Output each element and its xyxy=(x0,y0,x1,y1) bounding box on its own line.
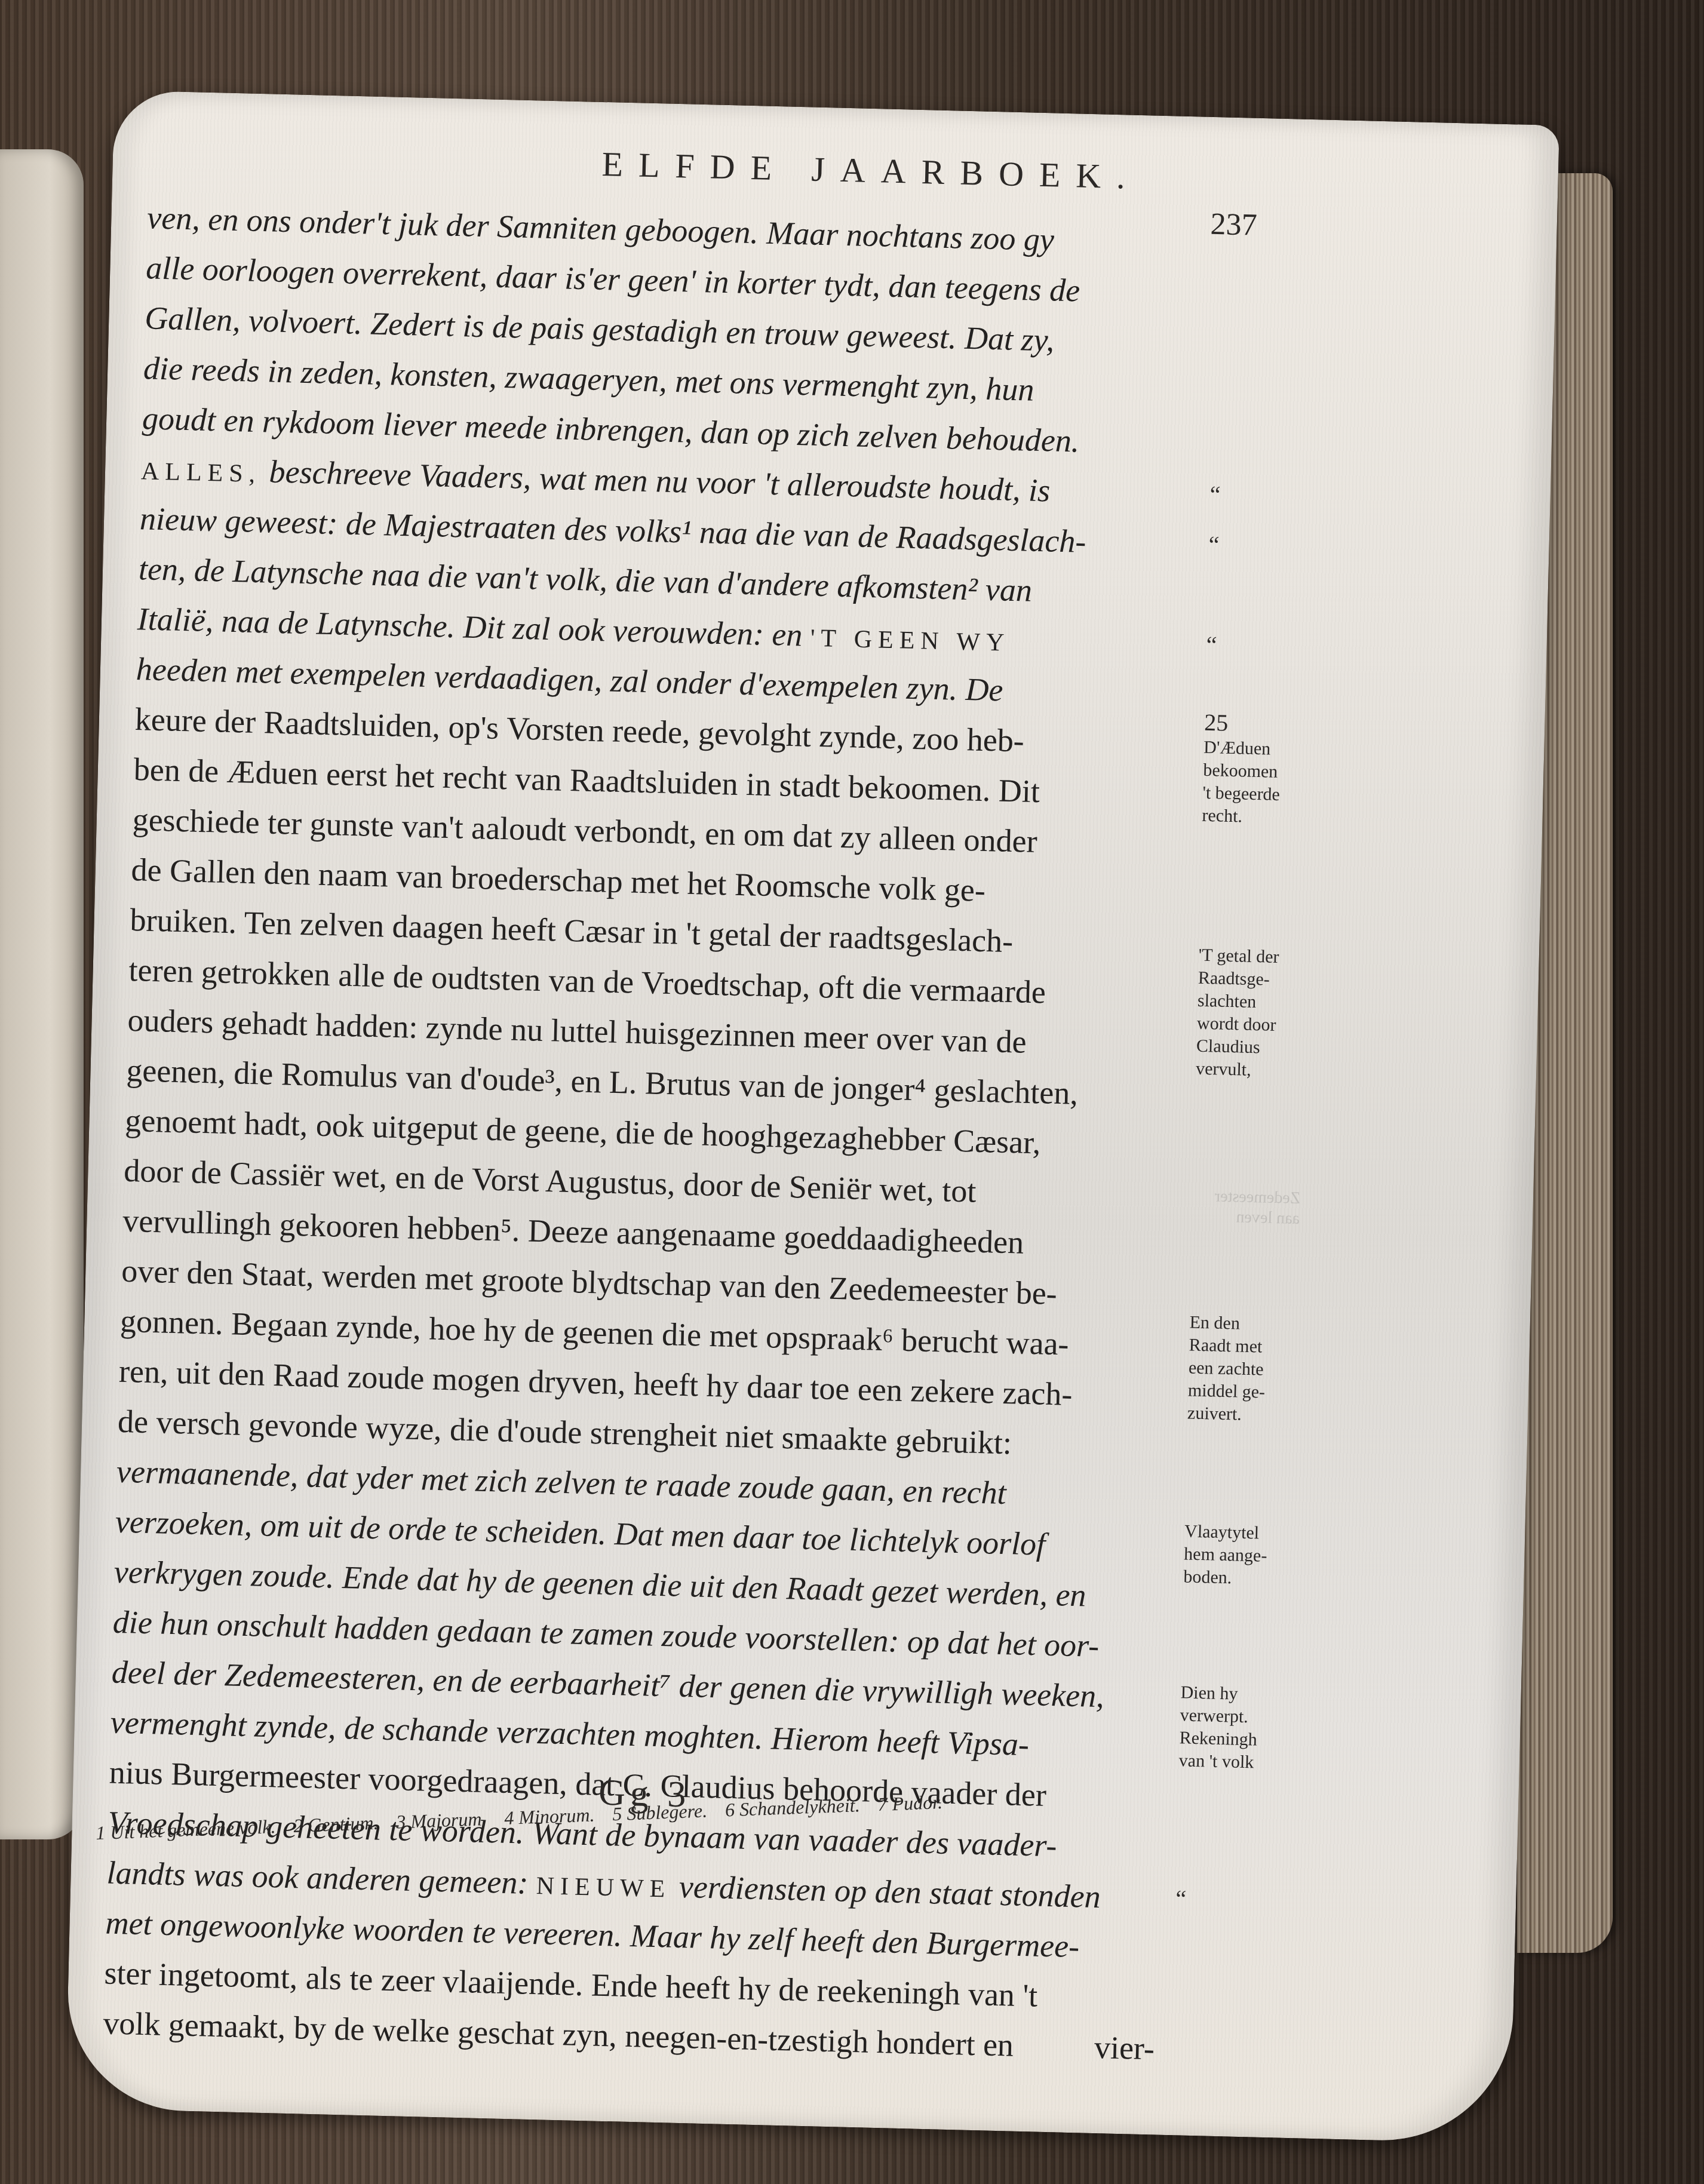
quote-mark: “ xyxy=(1208,520,1220,570)
marginal-note-getal: 'T getal der Raadtsge- slachten wordt do… xyxy=(1196,944,1337,1084)
quote-mark: “ xyxy=(1209,469,1221,520)
small-caps-word: NIEUWE xyxy=(536,1872,671,1903)
margin-number: 25 xyxy=(1204,708,1342,740)
footnote: 5 Sublegere. xyxy=(612,1800,708,1825)
small-caps-word: ALLES, xyxy=(141,457,262,488)
small-caps-word: 'T GEEN WY xyxy=(810,625,1011,657)
footnote: 3 Majorum. xyxy=(396,1808,487,1833)
marginal-note-vlaaytytel: Vlaaytytel hem aange- boden. xyxy=(1183,1520,1322,1592)
footnote: 4 Minorum. xyxy=(504,1804,595,1829)
catchword: vier- xyxy=(1094,2022,1155,2074)
footnote: 2 Gentium. xyxy=(293,1812,379,1836)
footnote: 7 Pudor. xyxy=(877,1791,943,1815)
marginal-note-dien-hy: Dien hy verwerpt. Rekeningh van 't volk xyxy=(1178,1681,1318,1776)
book-page: ELFDE JAARBOEK. 237 ven, en ons onder't … xyxy=(65,90,1559,2143)
page-number: 237 xyxy=(1210,207,1257,243)
marginal-note-raadt: En den Raadt met een zachte middel ge- z… xyxy=(1187,1311,1328,1429)
show-through-text: Zedemeesteraan leven xyxy=(1209,1186,1300,1266)
facing-left-page-edge xyxy=(0,149,84,1839)
marginal-note-aeduen: 25 D'Æduen bekoomen 't begeerde recht. xyxy=(1202,708,1342,831)
quote-mark: “ xyxy=(1175,1873,1187,1924)
running-head: ELFDE JAARBOEK. xyxy=(112,132,1558,207)
quote-mark: “ xyxy=(1205,620,1217,670)
footnote: 6 Schandelykheit. xyxy=(724,1794,860,1820)
